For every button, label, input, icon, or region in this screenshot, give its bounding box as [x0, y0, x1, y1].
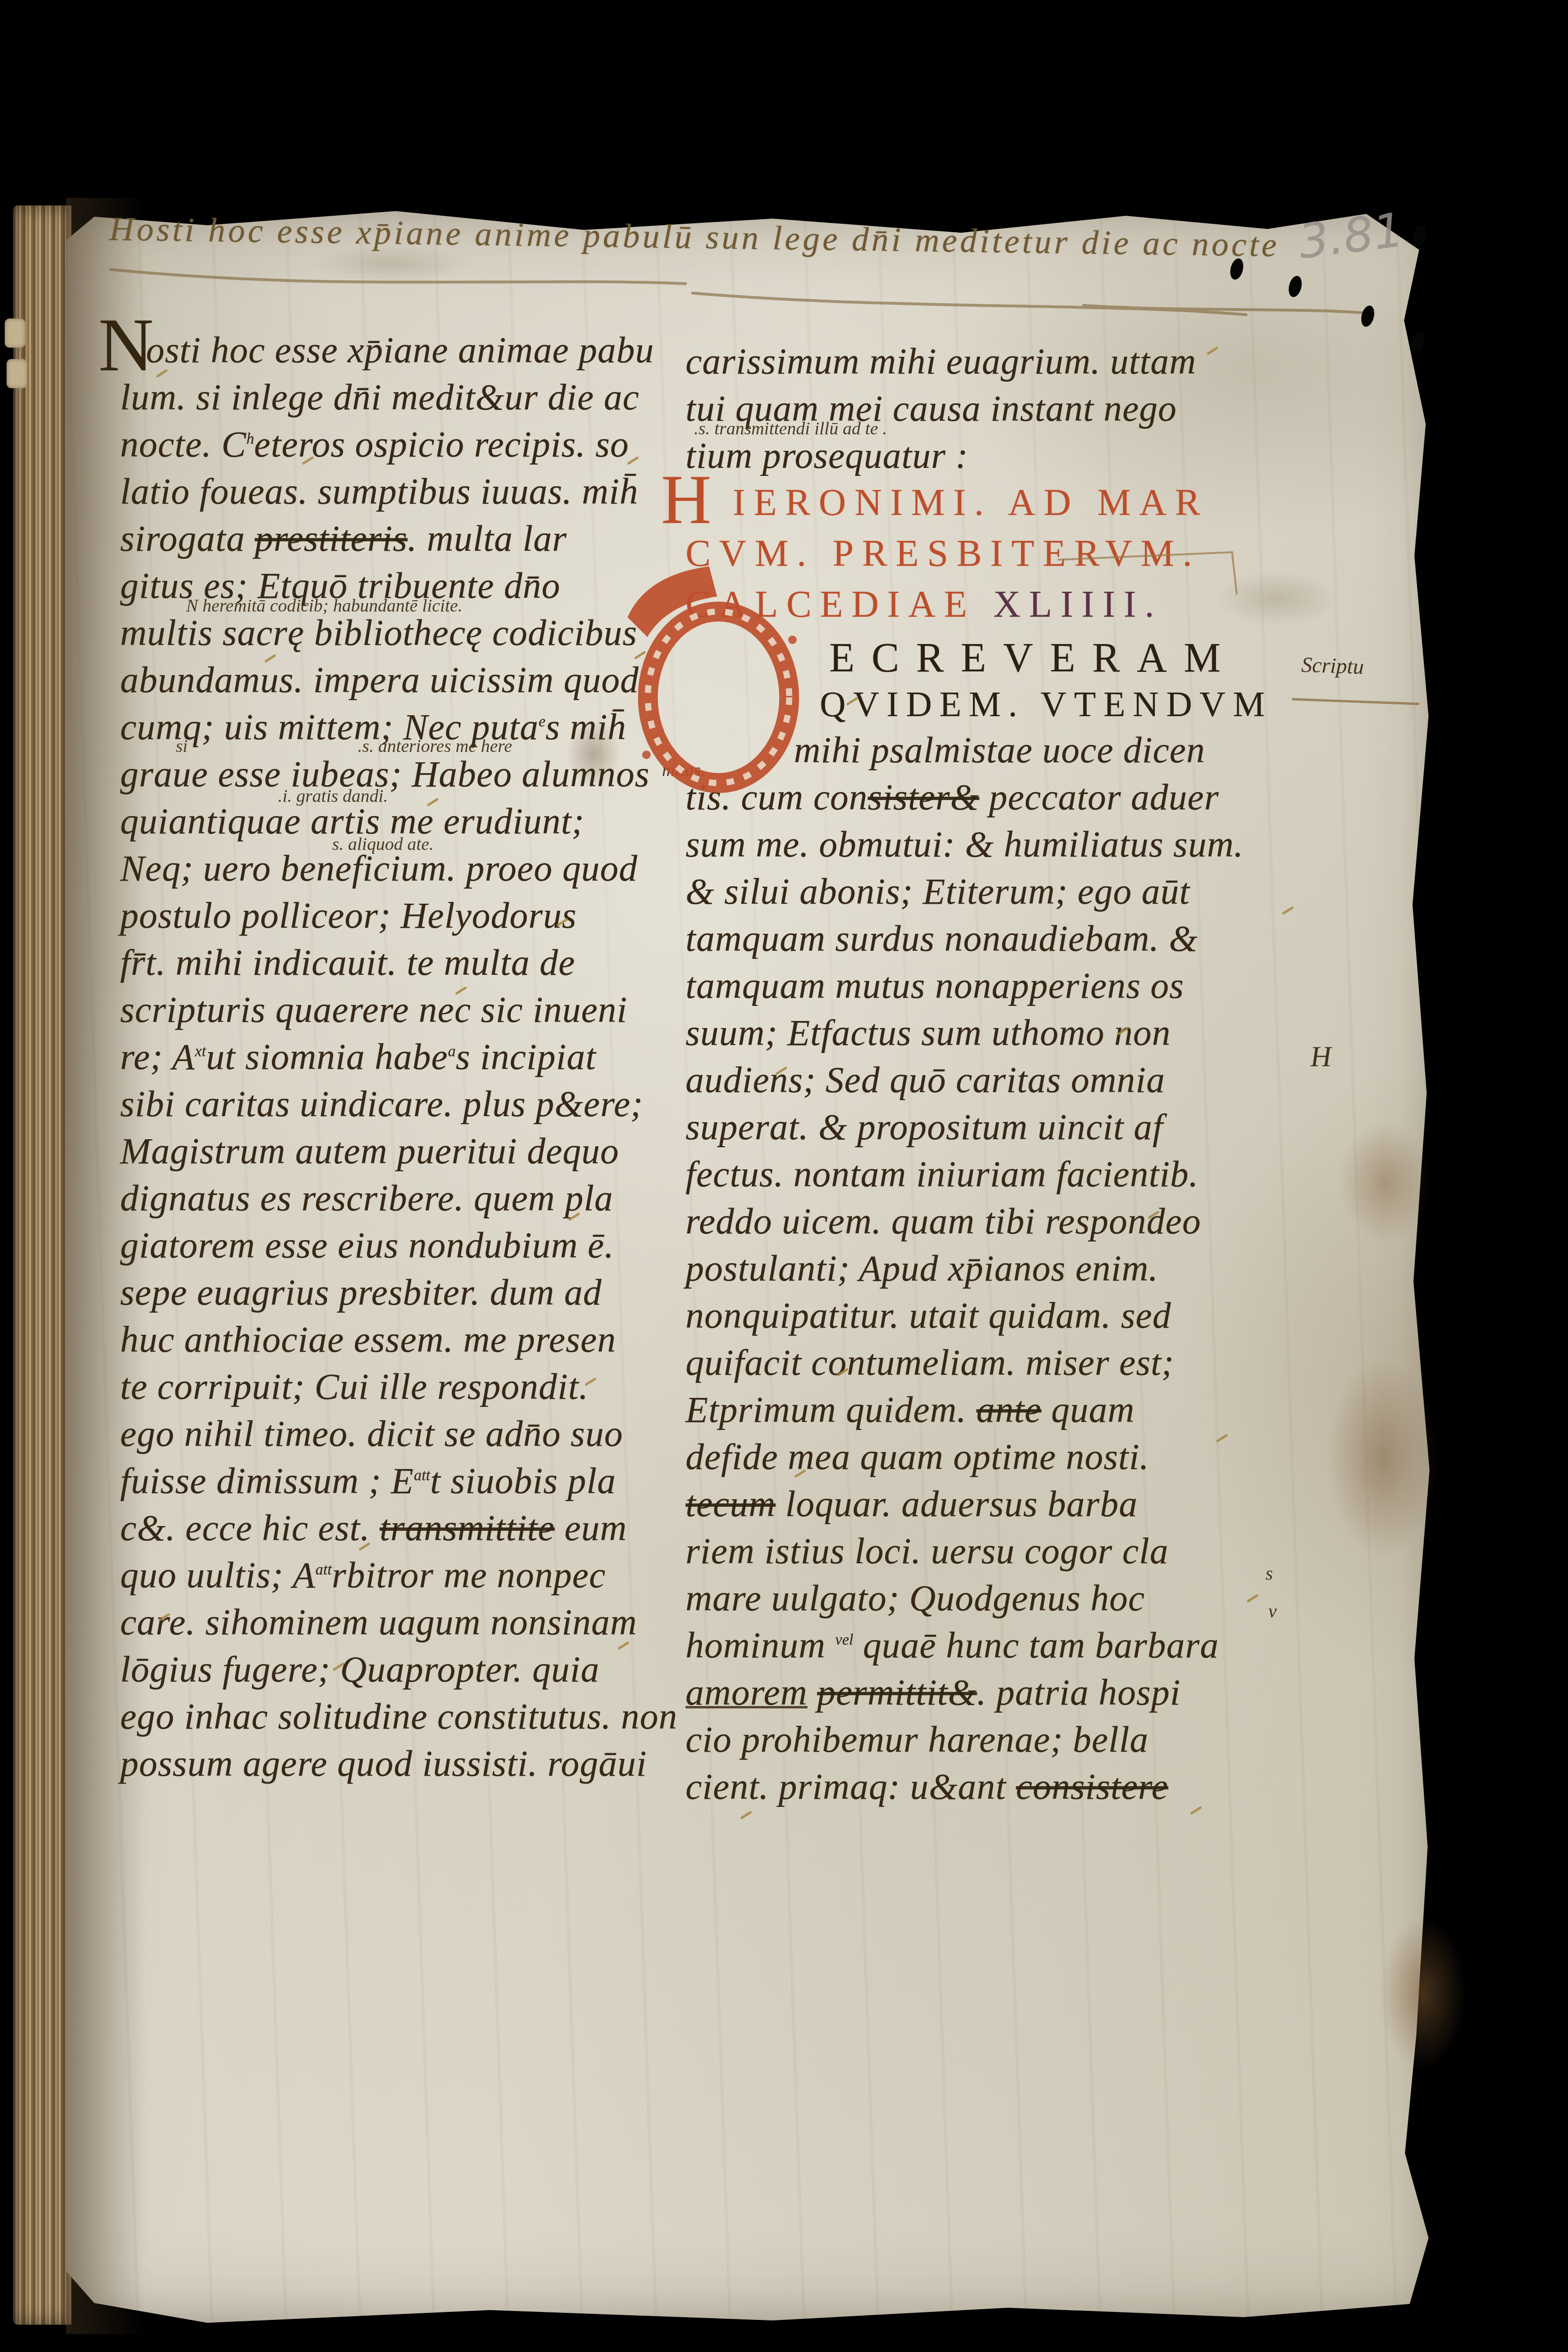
- line-text: postulanti; Apud xp̄ianos enim.: [686, 1247, 1159, 1290]
- line-text: osti hoc esse xp̄iane animae pabu: [146, 329, 654, 371]
- line-text: possum agere quod iussisti. rogāui: [120, 1742, 647, 1785]
- line-text: CALCEDIAE XLIIII.: [686, 583, 1162, 626]
- line-text: ECREVERAM: [829, 634, 1238, 682]
- text-line: gitus es; Etquō tribuente dn̄oN heremitā…: [120, 564, 707, 612]
- line-text: reddo uicem. quam tibi respondeo: [686, 1200, 1201, 1242]
- line-text: Etprimum quidem. ante quam: [686, 1388, 1135, 1431]
- line-text: audiens; Sed quō caritas omnia: [686, 1059, 1165, 1101]
- text-line: huc anthiociae essem. me presen: [120, 1318, 707, 1365]
- line-text: hominum vel quaē hunc tam barbara: [686, 1624, 1219, 1666]
- text-line: sirogata prestiteris. multa lar: [120, 517, 707, 564]
- drop-initial: N: [98, 324, 154, 367]
- text-line: tecum loquar. aduersus barba: [686, 1483, 1303, 1530]
- line-text: carissimum mihi euagrium. uttam: [686, 340, 1196, 383]
- line-text: Magistrum autem pueritui dequo: [120, 1130, 619, 1172]
- text-line: quo uultis; Aattrbitror me nonpec: [120, 1554, 707, 1601]
- line-text: abundamus. impera uicissim quod: [120, 659, 639, 701]
- line-text: re; Axtut siomnia habeas incipiat: [120, 1036, 596, 1078]
- margin-note-scriptu: Scriptu: [1301, 652, 1364, 679]
- text-line: audiens; Sed quō caritas omnia: [686, 1059, 1303, 1106]
- text-line: ego inhac solitudine constitutus. non: [120, 1695, 707, 1742]
- line-text: tis. cum consister& peccator aduer: [686, 776, 1219, 818]
- rubric-line: CVM. PRESBITERVM.: [686, 532, 1303, 583]
- line-text: riem istius loci. uersu cogor cla: [686, 1530, 1168, 1572]
- line-text: nocte. Cheteros ospicio recipis. so: [120, 423, 629, 465]
- line-text: & silui abonis; Etiterum; ego aūt: [686, 870, 1190, 913]
- text-line: quifacit contumeliam. miser est;: [686, 1341, 1303, 1388]
- line-text: Neq; uero beneficium. proeo quod: [120, 847, 637, 890]
- page-edge-tab: [7, 359, 27, 388]
- text-line: defide mea quam optime nosti.: [686, 1436, 1303, 1483]
- line-text: dignatus es rescribere. quem pla: [120, 1177, 613, 1219]
- text-line: quiantiquae artis me erudiunt;s. aliquod…: [120, 800, 707, 847]
- line-text: fectus. nontam iniuriam facientib.: [686, 1153, 1199, 1195]
- line-text: tamquam mutus nonapperiens os: [686, 964, 1184, 1007]
- margin-s-mark: s: [1266, 1562, 1273, 1584]
- display-capitals-line: ECREVERAM: [686, 634, 1303, 684]
- line-text: lum. si inlege dn̄i medit&ur die ac: [120, 376, 639, 418]
- text-line: Neq; uero beneficium. proeo quod: [120, 847, 707, 894]
- line-text: postulo polliceor; Helyodorus: [120, 894, 577, 937]
- text-line: tui quam mei causa instant nego.s. trans…: [686, 387, 1303, 434]
- text-line: cient. primaq: u&ant consistere: [686, 1765, 1303, 1813]
- text-line: suum; Etfactus sum uthomo non: [686, 1012, 1303, 1059]
- page-edge-tab: [5, 318, 25, 348]
- text-line: fectus. nontam iniuriam facientib.: [686, 1153, 1303, 1200]
- text-line: postulo polliceor; Helyodorus: [120, 894, 707, 941]
- text-line: Magistrum autem pueritui dequo: [120, 1130, 707, 1177]
- rubric-line: HIERONIMI. AD MAR: [686, 482, 1303, 532]
- text-line: care. sihominem uagum nonsinam: [120, 1601, 707, 1648]
- line-text: mihi psalmistae uoce dicen: [794, 729, 1205, 771]
- line-text: mare uulgato; Quodgenus hoc: [686, 1577, 1145, 1619]
- text-line: cio prohibemur harenae; bella: [686, 1718, 1303, 1765]
- line-text: te corripuit; Cui ille respondit.: [120, 1365, 588, 1408]
- line-text: QVIDEM. VTENDVM: [820, 684, 1273, 725]
- line-text: IERONIMI. AD MAR: [733, 482, 1209, 524]
- text-column-right: carissimum mihi euagrium. uttamtui quam …: [686, 340, 1303, 1813]
- text-line: dignatus es rescribere. quem pla: [120, 1177, 707, 1224]
- line-text: giatorem esse eius nondubium ē.: [120, 1224, 614, 1266]
- text-line: abundamus. impera uicissim quod: [120, 659, 707, 706]
- line-text: fuisse dimissum ; Eattt siuobis pla: [120, 1460, 616, 1502]
- line-text: quifacit contumeliam. miser est;: [686, 1341, 1174, 1384]
- line-text: ego inhac solitudine constitutus. non: [120, 1695, 678, 1738]
- line-text: CVM. PRESBITERVM.: [686, 532, 1200, 575]
- text-line: nonquipatitur. utait quidam. sed: [686, 1294, 1303, 1341]
- text-line: fuisse dimissum ; Eattt siuobis pla: [120, 1460, 707, 1507]
- text-line: sepe euagrius presbiter. dum ad: [120, 1271, 707, 1318]
- text-line: tium prosequatur :: [686, 434, 1303, 482]
- text-line: nocte. Cheteros ospicio recipis. so: [120, 423, 707, 470]
- text-line: lum. si inlege dn̄i medit&ur die ac: [120, 376, 707, 423]
- text-line: mihi psalmistae uoce dicen: [686, 729, 1303, 776]
- line-text: cient. primaq: u&ant consistere: [686, 1765, 1168, 1808]
- drop-initial: H: [661, 479, 720, 521]
- line-text: fr̄t. mihi indicauit. te multa de: [120, 941, 575, 984]
- line-text: multis sacrę bibliothecę codicibus: [120, 612, 637, 654]
- line-text: suum; Etfactus sum uthomo non: [686, 1012, 1171, 1054]
- parchment-hole: [1409, 331, 1426, 355]
- line-text: defide mea quam optime nosti.: [686, 1436, 1149, 1478]
- line-text: huc anthiociae essem. me presen: [120, 1318, 616, 1361]
- display-capitals-line: QVIDEM. VTENDVM: [686, 684, 1303, 729]
- line-text: care. sihominem uagum nonsinam: [120, 1601, 637, 1643]
- rubric-line: CALCEDIAE XLIIII.: [686, 583, 1303, 634]
- text-line: Etprimum quidem. ante quam: [686, 1388, 1303, 1436]
- interlinear-gloss: mitas.: [662, 760, 705, 781]
- line-text: nonquipatitur. utait quidam. sed: [686, 1294, 1171, 1337]
- text-line: amorem permittit&. patria hospi: [686, 1671, 1303, 1718]
- parchment-hole: [1411, 224, 1428, 248]
- text-line: superat. & propositum uincit af: [686, 1106, 1303, 1153]
- text-column-left: Nosti hoc esse xp̄iane animae pabulum. s…: [120, 329, 707, 1789]
- text-line: Nosti hoc esse xp̄iane animae pabu: [120, 329, 707, 376]
- text-line: c&. ecce hic est. transmittite eum: [120, 1507, 707, 1554]
- line-text: cio prohibemur harenae; bella: [686, 1718, 1149, 1761]
- text-line: fr̄t. mihi indicauit. te multa de: [120, 941, 707, 988]
- text-line: carissimum mihi euagrium. uttam: [686, 340, 1303, 387]
- line-text: sibi caritas uindicare. plus p&ere;: [120, 1083, 643, 1125]
- text-line: latio foueas. sumptibus iuuas. mih̄: [120, 470, 707, 517]
- line-text: latio foueas. sumptibus iuuas. mih̄: [120, 470, 638, 513]
- text-line: re; Axtut siomnia habeas incipiat: [120, 1036, 707, 1083]
- text-line: giatorem esse eius nondubium ē.: [120, 1224, 707, 1271]
- text-line: scripturis quaerere nec sic inueni: [120, 988, 707, 1036]
- book-page-edges: [13, 205, 72, 2325]
- text-line: graue esse iubeas; Habeo alumnos.i. grat…: [120, 753, 707, 800]
- text-line: postulanti; Apud xp̄ianos enim.: [686, 1247, 1303, 1294]
- line-text: tecum loquar. aduersus barba: [686, 1483, 1138, 1525]
- text-line: & silui abonis; Etiterum; ego aūt: [686, 870, 1303, 917]
- text-line: riem istius loci. uersu cogor cla: [686, 1530, 1303, 1577]
- text-line: tamquam mutus nonapperiens os: [686, 964, 1303, 1012]
- line-text: lōgius fugere; Quapropter. quia: [120, 1648, 600, 1690]
- text-line: reddo uicem. quam tibi respondeo: [686, 1200, 1303, 1247]
- line-text: tium prosequatur :: [686, 434, 968, 477]
- line-text: amorem permittit&. patria hospi: [686, 1671, 1181, 1714]
- text-line: te corripuit; Cui ille respondit.: [120, 1365, 707, 1413]
- text-line: hominum vel quaē hunc tam barbara: [686, 1624, 1303, 1671]
- manuscript-photo: { "page": { "title": "Hieronymi ad Marcu…: [0, 0, 1568, 2352]
- margin-v-mark: v: [1268, 1600, 1277, 1622]
- line-text: scripturis quaerere nec sic inueni: [120, 988, 628, 1031]
- text-line: ego nihil timeo. dicit se adn̄o suo: [120, 1413, 707, 1460]
- text-line: possum agere quod iussisti. rogāui: [120, 1742, 707, 1789]
- text-line: multis sacrę bibliothecę codicibus: [120, 612, 707, 659]
- line-text: sepe euagrius presbiter. dum ad: [120, 1271, 602, 1314]
- line-text: sirogata prestiteris. multa lar: [120, 517, 567, 560]
- text-line: lōgius fugere; Quapropter. quia: [120, 1648, 707, 1695]
- text-line: tamquam surdus nonaudiebam. &: [686, 917, 1303, 964]
- line-text: quo uultis; Aattrbitror me nonpec: [120, 1554, 606, 1596]
- line-text: tamquam surdus nonaudiebam. &: [686, 917, 1198, 960]
- line-text: ego nihil timeo. dicit se adn̄o suo: [120, 1413, 623, 1455]
- line-text: sum me. obmutui: & humiliatus sum.: [686, 823, 1244, 866]
- line-text: superat. & propositum uincit af: [686, 1106, 1163, 1148]
- text-line: mare uulgato; Quodgenus hoc: [686, 1577, 1303, 1624]
- text-line: tis. cum consister& peccator aduermitas.: [686, 776, 1303, 823]
- line-text: c&. ecce hic est. transmittite eum: [120, 1507, 627, 1549]
- text-line: cumq; uis mittem; Nec putaes mih̄si .s. …: [120, 706, 707, 753]
- text-line: sum me. obmutui: & humiliatus sum.: [686, 823, 1303, 870]
- text-line: sibi caritas uindicare. plus p&ere;: [120, 1083, 707, 1130]
